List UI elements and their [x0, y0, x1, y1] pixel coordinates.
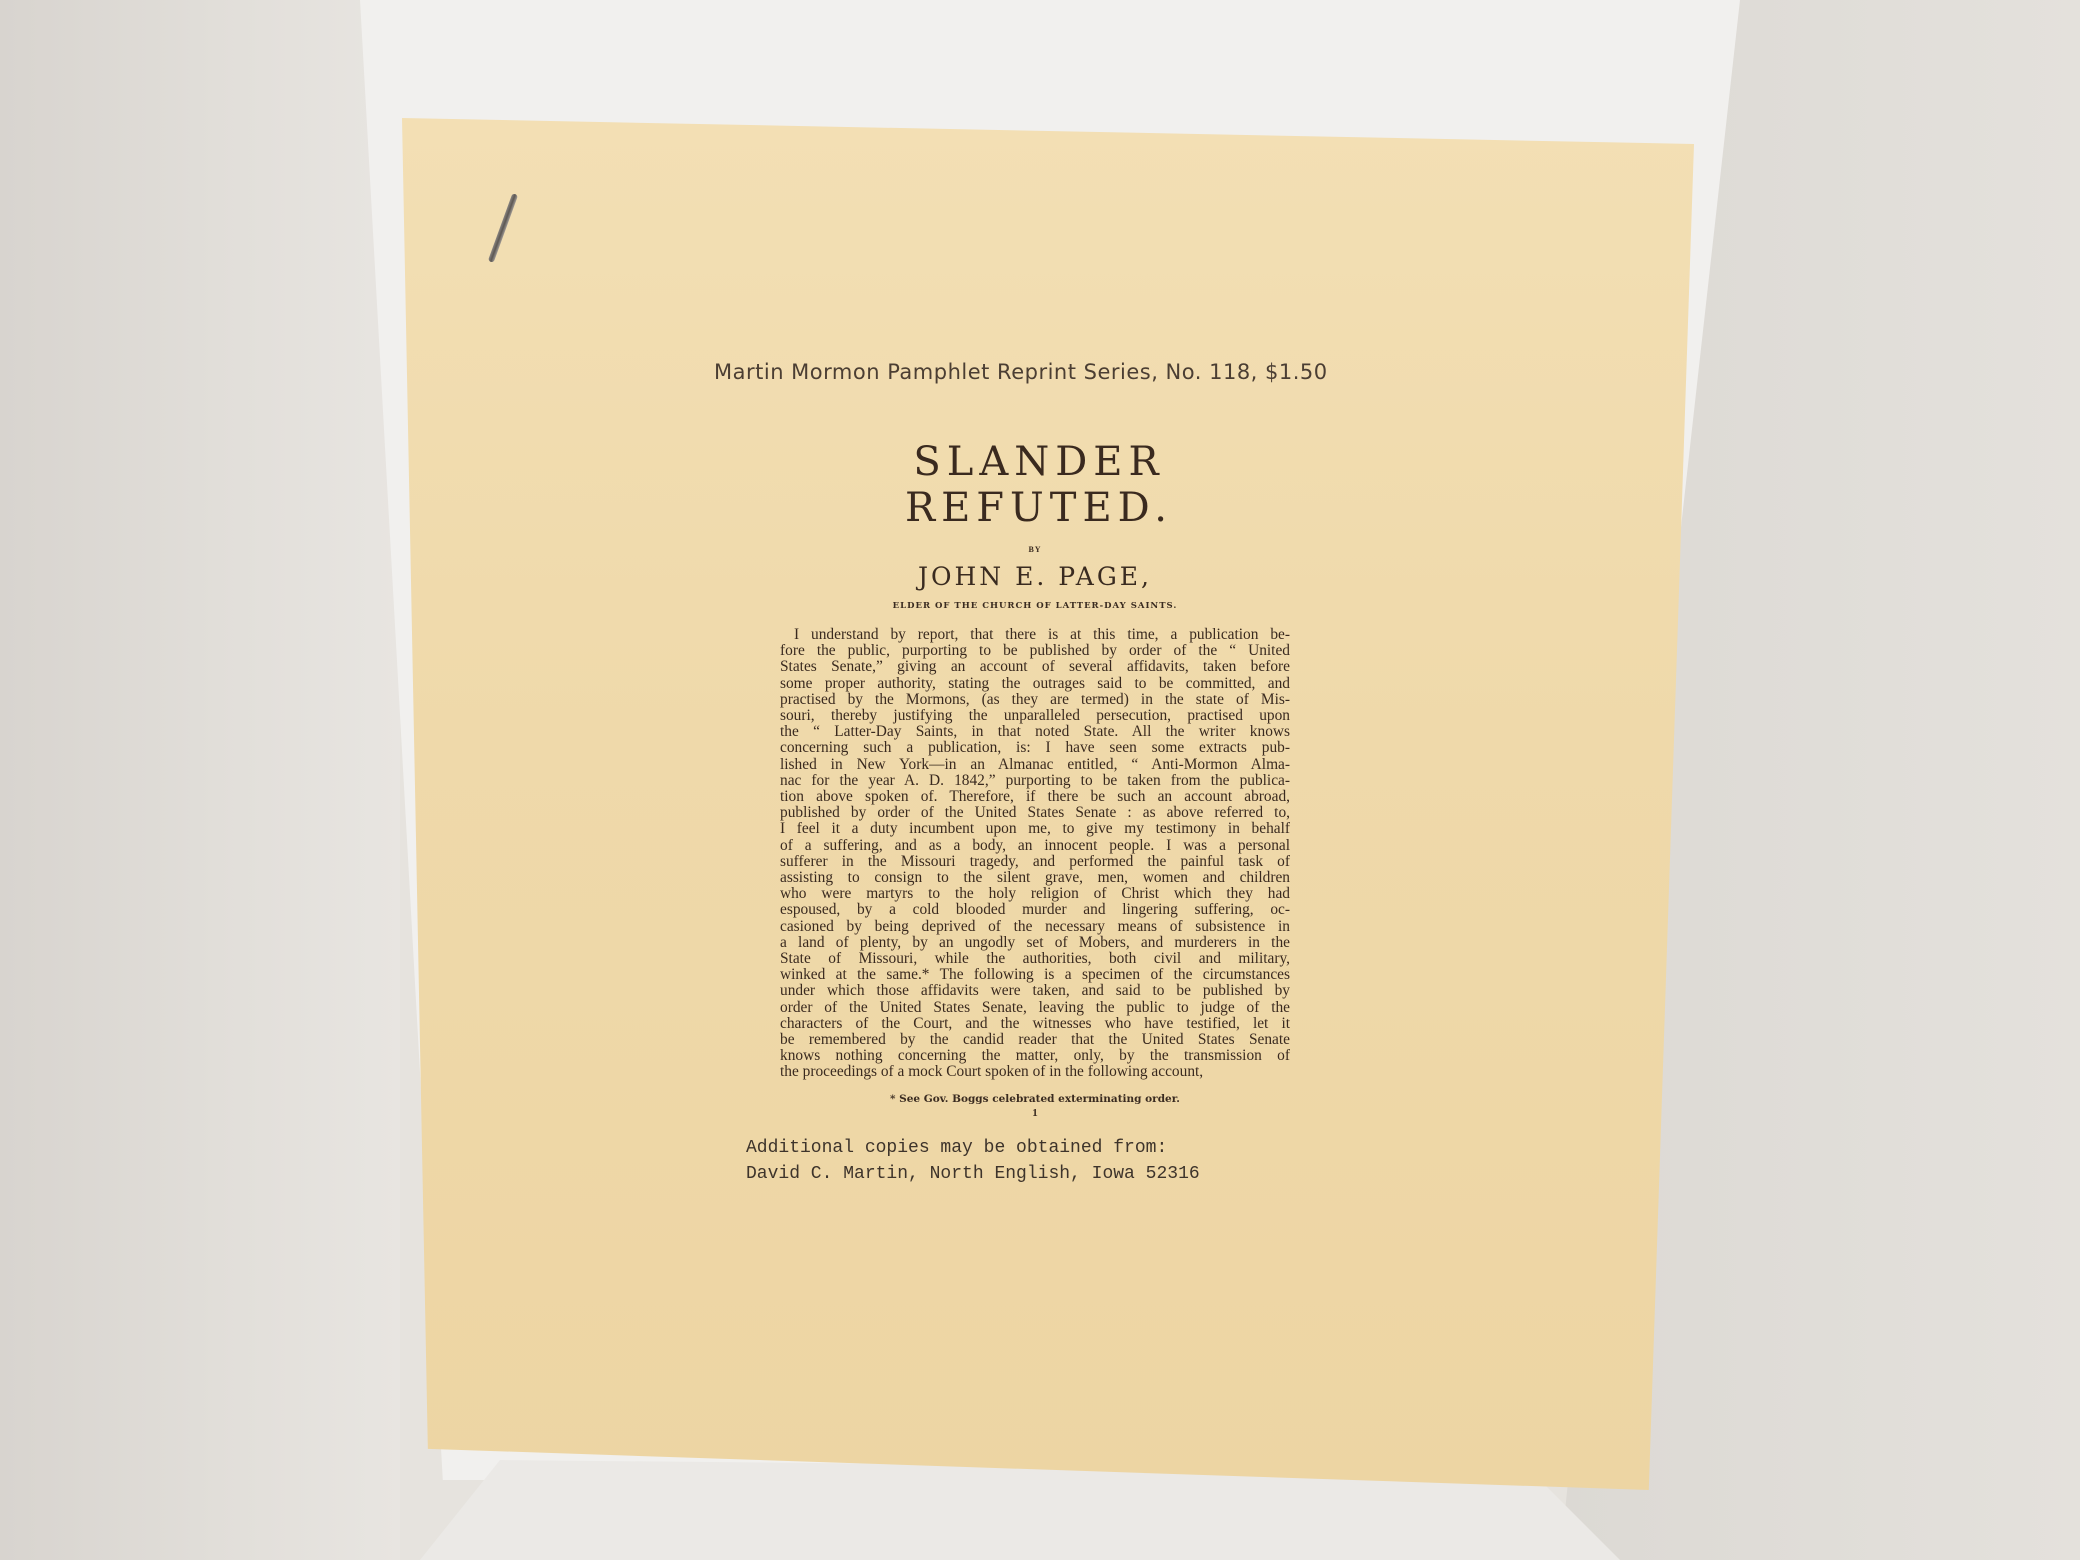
body-line: the “ Latter-Day Saints, in that noted S…: [780, 724, 1290, 740]
body-line: espoused, by a cold blooded murder and l…: [780, 902, 1290, 918]
body-line: souri, thereby justifying the unparallel…: [780, 708, 1290, 724]
body-line: of a suffering, and as a body, an innoce…: [780, 838, 1290, 854]
backdrop-left-wall: [0, 0, 400, 1560]
body-line: States Senate,” giving an account of sev…: [780, 659, 1290, 675]
body-line: the proceedings of a mock Court spoken o…: [780, 1064, 1290, 1080]
reproduced-page: SLANDER REFUTED. BY JOHN E. PAGE, ELDER …: [780, 435, 1290, 1105]
body-line: State of Missouri, while the authorities…: [780, 951, 1290, 967]
ordering-note: Additional copies may be obtained from: …: [746, 1135, 1200, 1187]
body-line: knows nothing concerning the matter, onl…: [780, 1048, 1290, 1064]
author-role: ELDER OF THE CHURCH OF LATTER-DAY SAINTS…: [780, 601, 1290, 611]
body-line: winked at the same.* The following is a …: [780, 967, 1290, 983]
body-line: fore the public, purporting to be publis…: [780, 643, 1290, 659]
document-title: SLANDER REFUTED.: [788, 439, 1290, 531]
body-line: a land of plenty, by an ungodly set of M…: [780, 935, 1290, 951]
body-line: sufferer in the Missouri tragedy, and pe…: [780, 854, 1290, 870]
body-line: I understand by report, that there is at…: [780, 627, 1290, 643]
body-line: some proper authority, stating the outra…: [780, 676, 1290, 692]
body-line: be remembered by the candid reader that …: [780, 1032, 1290, 1048]
series-line: Martin Mormon Pamphlet Reprint Series, N…: [714, 360, 1414, 384]
byline-label: BY: [780, 545, 1290, 554]
ordering-note-line1: Additional copies may be obtained from:: [746, 1135, 1200, 1161]
body-line: published by order of the United States …: [780, 805, 1290, 821]
footnote: * See Gov. Boggs celebrated exterminatin…: [780, 1093, 1290, 1105]
body-line: practised by the Mormons, (as they are t…: [780, 692, 1290, 708]
author-name: JOHN E. PAGE,: [780, 562, 1290, 591]
body-text: I understand by report, that there is at…: [780, 627, 1290, 1081]
body-line: assisting to consign to the silent grave…: [780, 870, 1290, 886]
body-line: lished in New York—in an Almanac entitle…: [780, 757, 1290, 773]
ordering-note-line2: David C. Martin, North English, Iowa 523…: [746, 1161, 1200, 1187]
body-line: tion above spoken of. Therefore, if ther…: [780, 789, 1290, 805]
body-line: nac for the year A. D. 1842,” purporting…: [780, 773, 1290, 789]
body-line: characters of the Court, and the witness…: [780, 1016, 1290, 1032]
body-line: who were martyrs to the holy religion of…: [780, 886, 1290, 902]
page-number: 1: [780, 1107, 1290, 1119]
body-line: casioned by being deprived of the necess…: [780, 919, 1290, 935]
body-line: concerning such a publication, is: I hav…: [780, 740, 1290, 756]
body-line: under which those affidavits were taken,…: [780, 983, 1290, 999]
body-line: I feel it a duty incumbent upon me, to g…: [780, 821, 1290, 837]
body-line: order of the United States Senate, leavi…: [780, 1000, 1290, 1016]
